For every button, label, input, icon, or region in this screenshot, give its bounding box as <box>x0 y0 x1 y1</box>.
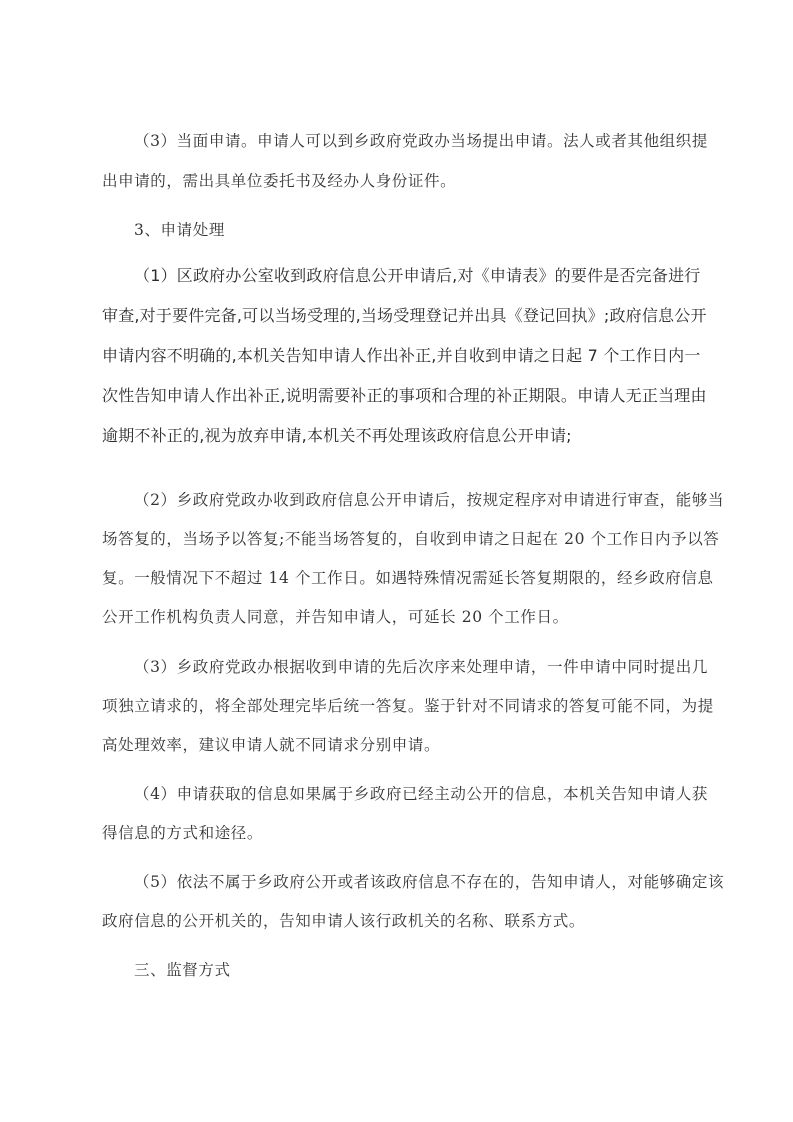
text-line: 次性告知申请人作出补正,说明需要补正的事项和合理的补正期限。申请人无正当理由 <box>102 386 694 406</box>
text-line: （4）申请获取的信息如果属于乡政府已经主动公开的信息，本机关告知申请人获 <box>134 784 726 804</box>
text-line: 政府信息的公开机关的，告知申请人该行政机关的名称、联系方式。 <box>102 911 694 931</box>
text-line: 审查,对于要件完备,可以当场受理的,当场受理登记并出具《登记回执》;政府信息公开 <box>102 306 694 326</box>
text-line: 得信息的方式和途径。 <box>102 823 694 843</box>
text-line: 出申请的，需出具单位委托书及经办人身份证件。 <box>102 171 694 191</box>
text-line: 公开工作机构负责人同意，并告知申请人，可延长 20 个工作日。 <box>102 607 694 627</box>
text-line: 申请内容不明确的,本机关告知申请人作出补正,并自收到申请之日起 7 个工作日内一 <box>102 346 694 366</box>
text-line: （1）区政府办公室收到政府信息公开申请后,对《申请表》的要件是否完备进行 <box>134 266 726 286</box>
document-page: （3）当面申请。申请人可以到乡政府党政办当场提出申请。法人或者其他组织提 出申请… <box>0 0 793 1122</box>
text-line: 逾期不补正的,视为放弃申请,本机关不再处理该政府信息公开申请; <box>102 426 694 446</box>
text-line: （3）当面申请。申请人可以到乡政府党政办当场提出申请。法人或者其他组织提 <box>134 131 726 151</box>
section-heading-application-processing: 3、申请处理 <box>134 220 726 240</box>
text-line: 项独立请求的，将全部处理完毕后统一答复。鉴于针对不同请求的答复可能不同，为提 <box>102 696 694 716</box>
text-line: （3）乡政府党政办根据收到申请的先后次序来处理申请，一件申请中同时提出几 <box>134 657 726 677</box>
text-line: （5）依法不属于乡政府公开或者该政府信息不存在的，告知申请人，对能够确定该 <box>134 872 726 892</box>
text-line: 复。一般情况下不超过 14 个工作日。如遇特殊情况需延长答复期限的，经乡政府信息 <box>102 568 694 588</box>
section-heading-supervision: 三、监督方式 <box>134 960 726 980</box>
text-line: （2）乡政府党政办收到政府信息公开申请后，按规定程序对申请进行审查，能够当 <box>134 490 726 510</box>
text-line: 高处理效率，建议申请人就不同请求分别申请。 <box>102 735 694 755</box>
text-line: 场答复的，当场予以答复;不能当场答复的，自收到申请之日起在 20 个工作日内予以… <box>102 529 694 549</box>
